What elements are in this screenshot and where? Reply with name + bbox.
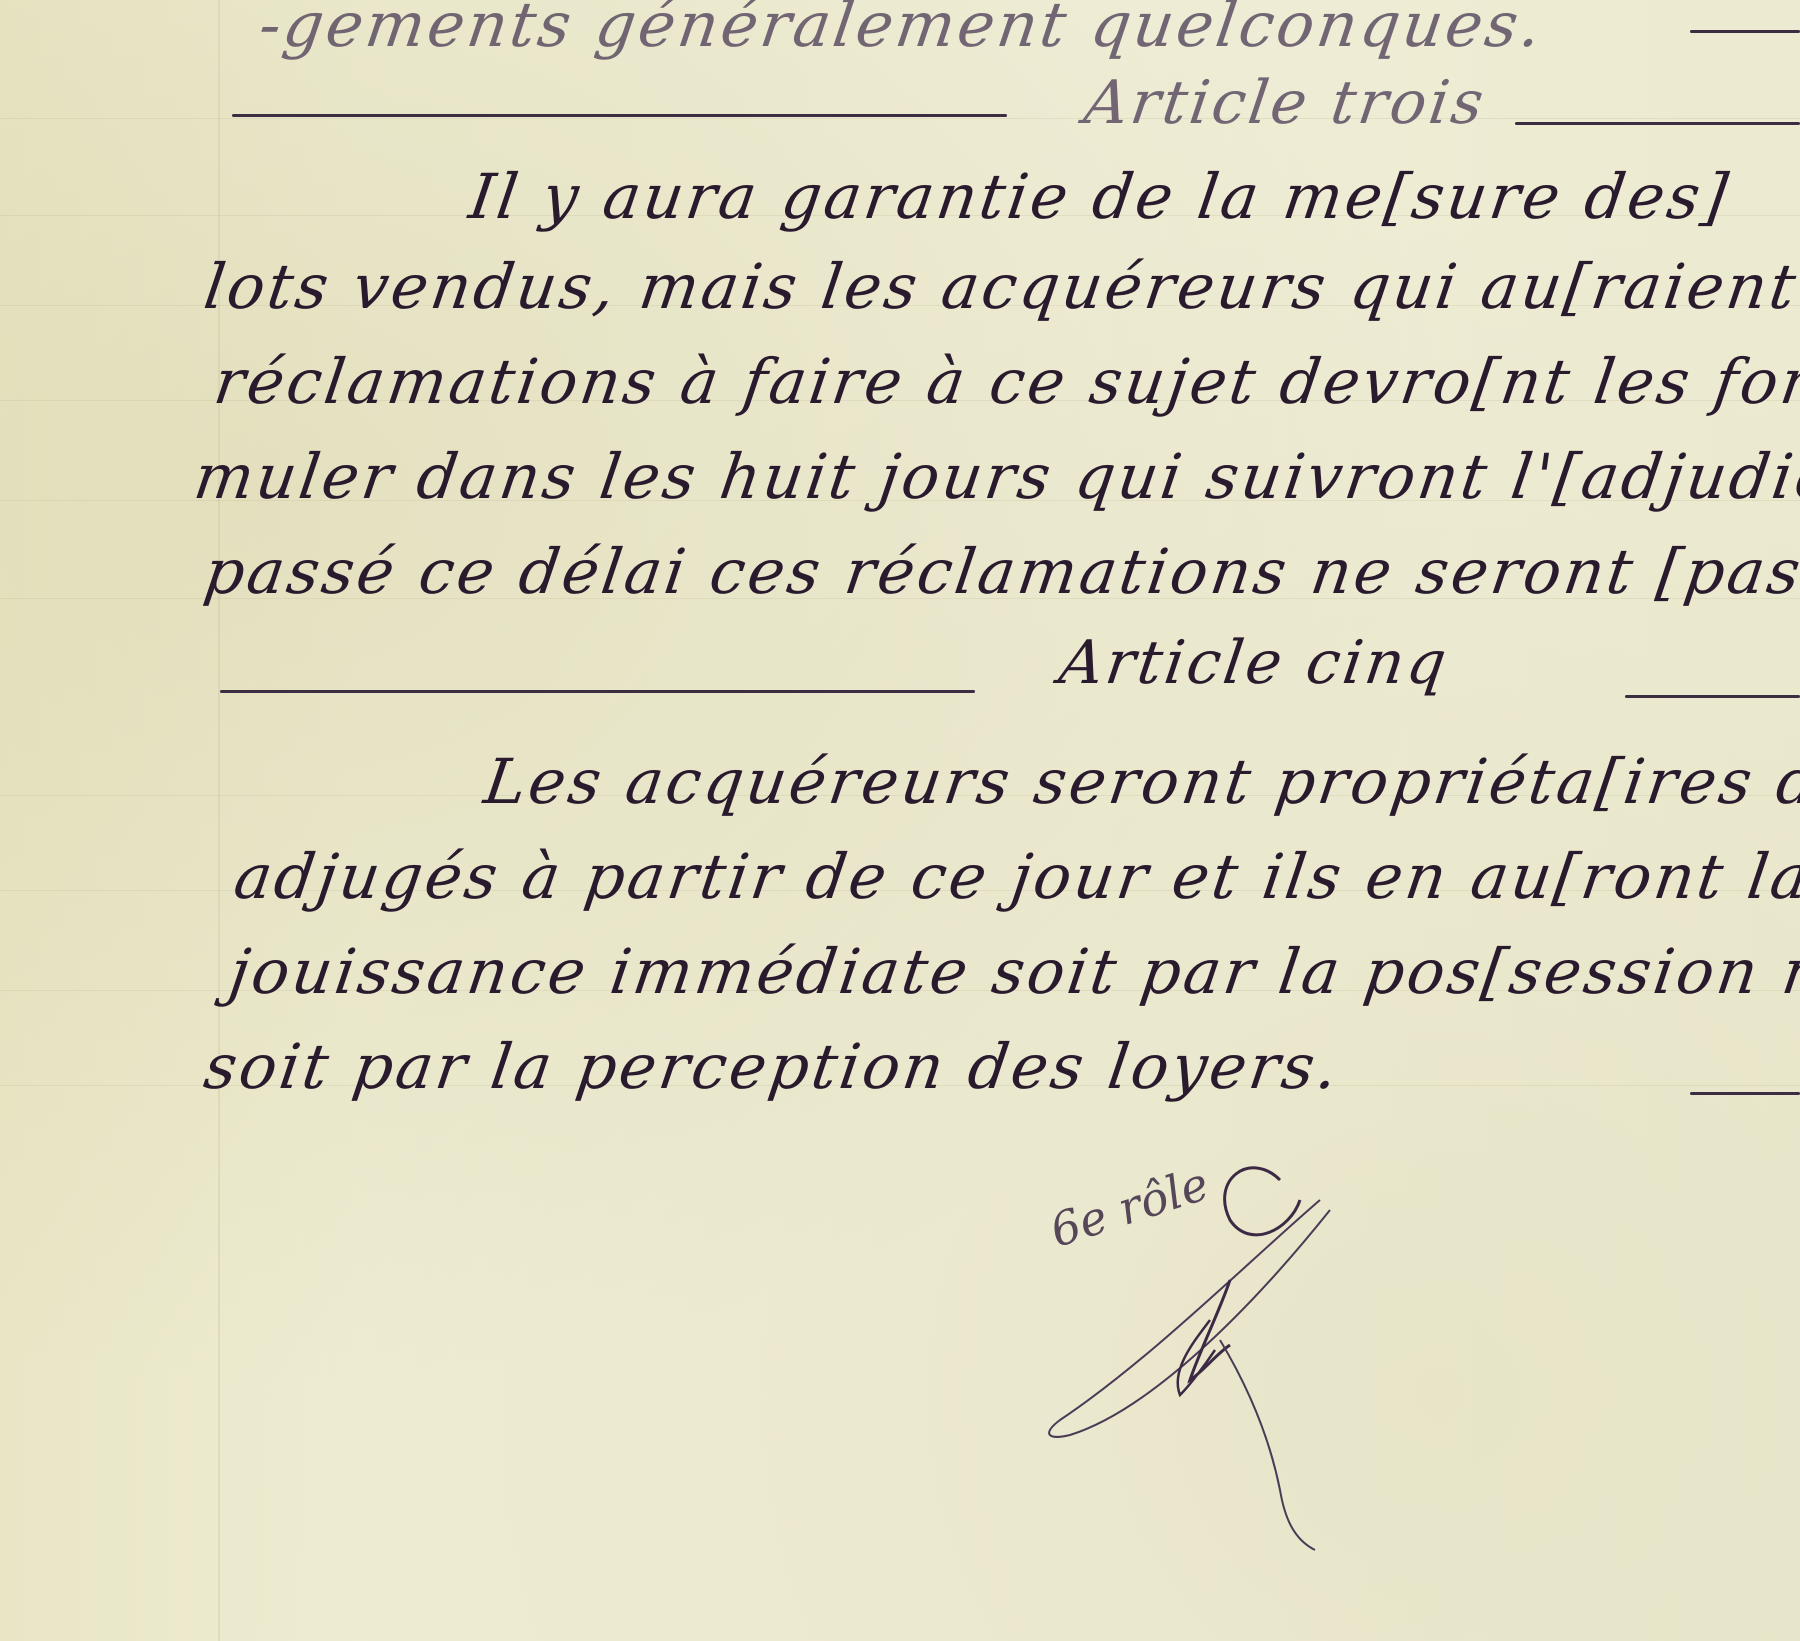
manuscript-line: passé ce délai ces réclamations ne seron… xyxy=(200,535,1800,608)
manuscript-line: Il y aura garantie de la me[sure des] xyxy=(465,160,1735,233)
ruled-line xyxy=(0,118,1800,119)
manuscript-line: Les acquéreurs seront propriéta[ires des… xyxy=(480,745,1800,818)
manuscript-line: muler dans les huit jours qui suivront l… xyxy=(190,440,1800,513)
margin-rule xyxy=(218,0,220,1641)
manuscript-line: lots vendus, mais les acquéreurs qui au[… xyxy=(200,250,1800,323)
heading-rule-right xyxy=(1515,122,1800,125)
manuscript-line: adjugés à partir de ce jour et ils en au… xyxy=(230,840,1800,913)
line-filler-dash xyxy=(1690,30,1800,33)
article-heading: Article trois xyxy=(1080,68,1490,138)
manuscript-line: réclamations à faire à ce sujet devro[nt… xyxy=(210,345,1800,418)
heading-rule-left xyxy=(232,114,1007,117)
line-filler-dash xyxy=(1690,1092,1800,1095)
manuscript-line: -gements généralement quelconques. xyxy=(255,0,1549,61)
manuscript-line: jouissance immédiate soit par la pos[ses… xyxy=(225,935,1800,1008)
article-heading: Article cinq xyxy=(1055,628,1453,698)
manuscript-page: -gements généralement quelconques. Artic… xyxy=(0,0,1800,1641)
heading-rule-left xyxy=(220,690,975,693)
manuscript-line: soit par la perception des loyers. xyxy=(200,1030,1345,1103)
heading-rule-right xyxy=(1625,695,1800,698)
signature-paraph-icon xyxy=(1030,1140,1390,1560)
